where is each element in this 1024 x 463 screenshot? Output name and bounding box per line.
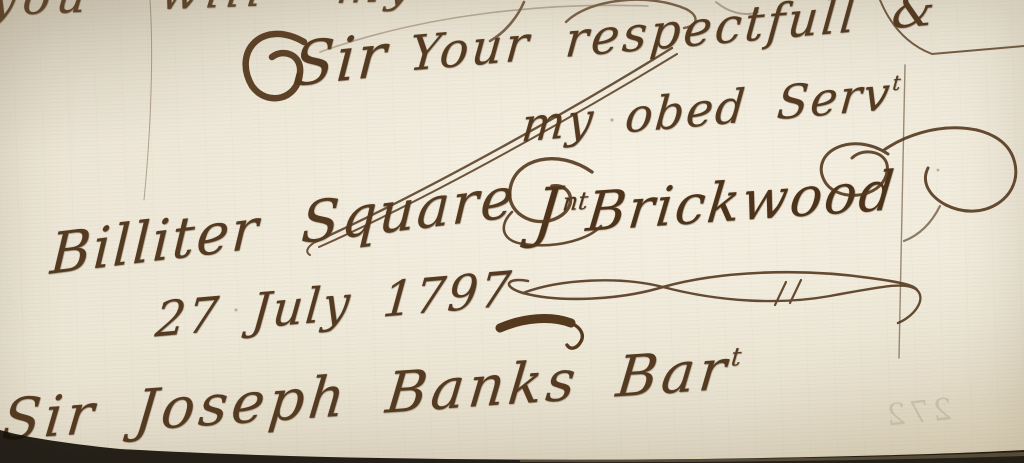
signature-initial: J: [530, 174, 565, 251]
signature-surname: Brickwood: [583, 159, 898, 244]
closing-line-2: my obed Servt: [519, 65, 902, 153]
signature-underline-flourish: [509, 272, 920, 323]
page-number-showthrough: 272: [881, 392, 954, 434]
addressee-text: Sir Joseph Banks Bar: [0, 337, 733, 453]
salutation-text: Sir: [291, 20, 390, 101]
closing-line-2-text: my obed Serv: [519, 66, 894, 153]
closing-line-2-superscript-t: t: [891, 70, 901, 95]
manuscript-page-photo: you will my Sir Your respectfull & my ob…: [0, 0, 1024, 463]
addressee-line: Sir Joseph Banks Bart: [0, 336, 743, 453]
date-line: 27 July 1797: [153, 261, 515, 349]
signature: JntBrickwood: [530, 151, 900, 251]
page-edge-highlight: [520, 452, 1024, 462]
addressee-superscript-t: t: [730, 342, 743, 372]
date-dash-stroke: [500, 319, 582, 349]
signature-superscript: nt: [561, 186, 589, 217]
partial-top-line: you will my: [0, 0, 421, 26]
